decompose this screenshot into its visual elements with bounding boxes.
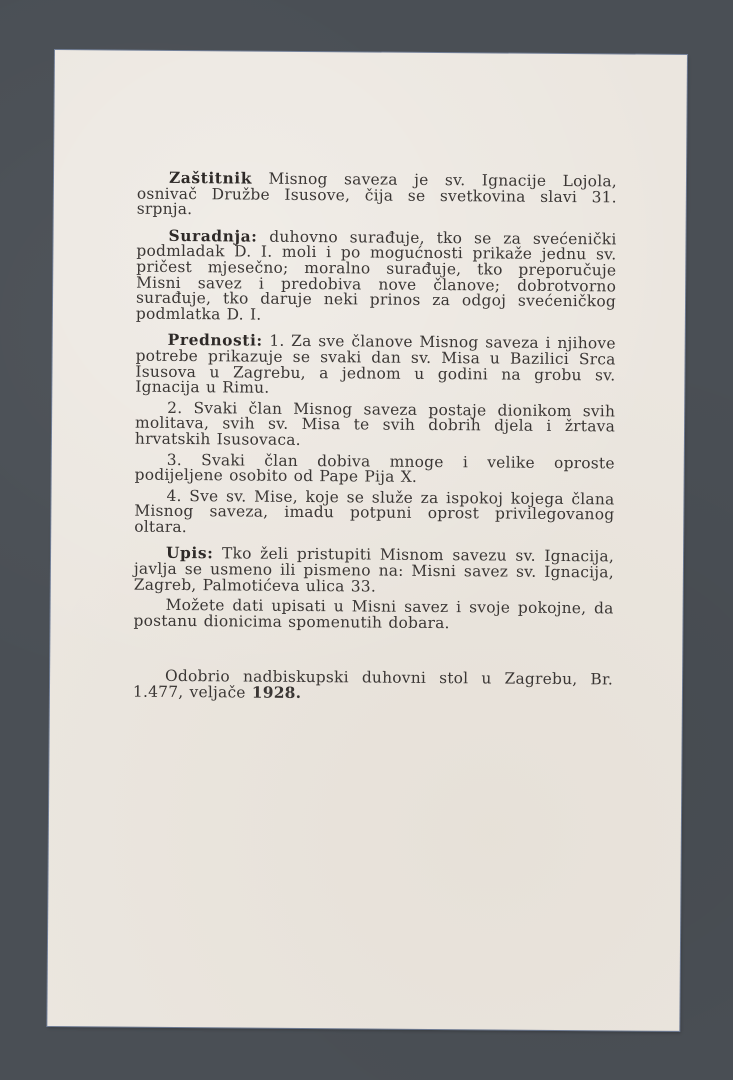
upis-note: Možete dati upisati u Misni savez i svoj… <box>133 598 613 633</box>
paragraph-prednosti-1: Prednosti: 1. Za sve članove Misnog save… <box>135 333 615 399</box>
printed-card: Zaštitnik Misnog saveza je sv. Ignacije … <box>47 50 687 1031</box>
prednosti-item-4: 4. Sve sv. Mise, koje se služe za ispoko… <box>134 488 614 539</box>
approval-note: Odobrio nadbiskupski duhovni stol u Zagr… <box>133 669 613 704</box>
paragraph-upis: Upis: Tko želi pristupiti Misnom savezu … <box>134 546 614 597</box>
paragraph-suradnja: Suradnja: duhovno surađuje, tko se za sv… <box>136 228 617 325</box>
prednosti-item-2: 2. Svaki član Misnog saveza postaje dion… <box>135 400 615 451</box>
card-text: Zaštitnik Misnog saveza je sv. Ignacije … <box>133 171 617 712</box>
approval-text: Odobrio nadbiskupski duhovni stol u Zagr… <box>133 667 613 701</box>
suradnja-text: duhovno surađuje, tko se za svećenički p… <box>136 227 617 323</box>
paragraph-zastitnik: Zaštitnik Misnog saveza je sv. Ignacije … <box>137 171 617 222</box>
prednosti-item-3: 3. Svaki član dobiva mnoge i velike opro… <box>135 452 615 487</box>
approval-year: 1928. <box>252 684 302 702</box>
